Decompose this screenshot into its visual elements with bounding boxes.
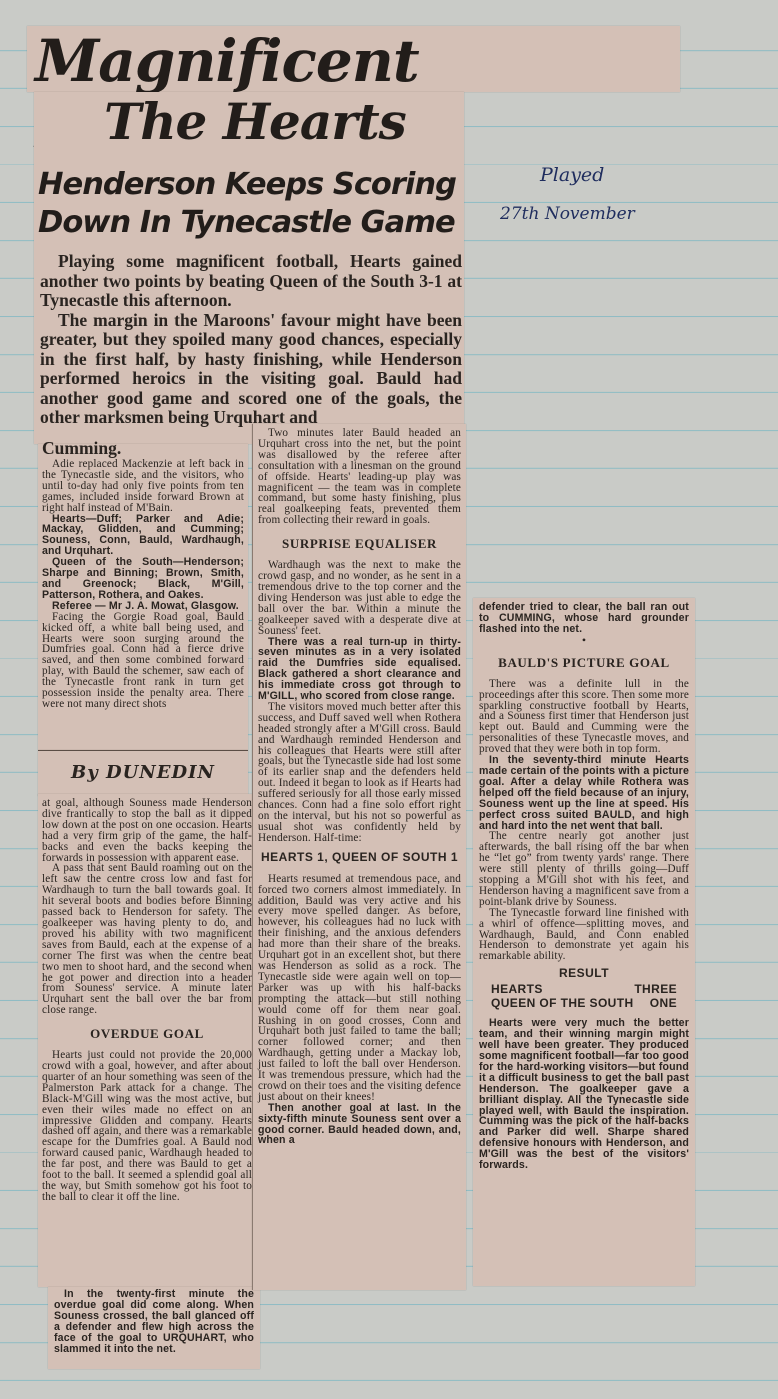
lead-paragraph: Playing some magnificent football, Heart…: [40, 252, 462, 311]
column1-continued: at goal, although Souness made Henderson…: [38, 794, 256, 1287]
byline-box: By DUNEDIN: [38, 750, 248, 796]
article-paragraph: The centre nearly got another just after…: [479, 831, 689, 907]
subheadline-line2: Down In Tynecastle Game: [38, 204, 456, 242]
article-paragraph: The Tynecastle forward line finished wit…: [479, 908, 689, 963]
subheadline: Henderson Keeps Scoring Down In Tynecast…: [38, 166, 456, 242]
column2: Two minutes later Bauld headed an Urquha…: [252, 424, 466, 1290]
handwritten-note-line1: Played: [540, 164, 604, 186]
lead-tail: Cumming.: [42, 441, 244, 455]
result-team: HEARTS: [491, 982, 543, 996]
article-paragraph: The visitors moved much better after thi…: [258, 702, 461, 844]
article-paragraph: Adie replaced Mackenzie at left back in …: [42, 459, 244, 514]
column3: defender tried to clear, the ball ran ou…: [473, 598, 695, 1286]
handwritten-note-line2: 27th November: [500, 204, 635, 224]
goal-paragraph: In the twenty-first minute the overdue g…: [54, 1289, 254, 1354]
article-paragraph: Facing the Gorgie Road goal, Bauld kicke…: [42, 612, 244, 710]
lineup-queen-of-the-south: Queen of the South—Henderson; Sharpe and…: [42, 557, 244, 601]
summary-paragraph: Hearts were very much the better team, a…: [479, 1018, 689, 1171]
article-paragraph: Wardhaugh was the next to make the crowd…: [258, 560, 461, 636]
headline-line2: The Hearts: [104, 96, 406, 148]
subheadline-line1: Henderson Keeps Scoring: [38, 166, 456, 204]
result-score: ONE: [650, 996, 677, 1010]
article-paragraph: There was a definite lull in the proceed…: [479, 679, 689, 755]
lead-paragraphs: Playing some magnificent football, Heart…: [40, 252, 462, 428]
article-paragraph: A pass that sent Bauld roaming out on th…: [42, 863, 252, 1016]
article-paragraph: defender tried to clear, the ball ran ou…: [479, 602, 689, 635]
subheading-overdue-goal: OVERDUE GOAL: [42, 1026, 252, 1042]
article-paragraph: In the seventy-third minute Hearts made …: [479, 755, 689, 831]
lead-clipping: The Hearts Henderson Keeps Scoring Down …: [34, 92, 464, 444]
article-paragraph: Hearts just could not provide the 20,000…: [42, 1050, 252, 1203]
subheading-surprise-equaliser: SURPRISE EQUALISER: [258, 536, 461, 552]
headline-clipping: Magnificent Display By: [27, 26, 680, 92]
lineup-hearts: Hearts—Duff; Parker and Adie; Mackay, Gl…: [42, 514, 244, 558]
column1-top: Cumming. Adie replaced Mackenzie at left…: [38, 444, 248, 750]
subheading-baulds-picture-goal: BAULD'S PICTURE GOAL: [479, 655, 689, 671]
article-paragraph: There was a real turn-up in thirty-seven…: [258, 637, 461, 702]
article-paragraph: Two minutes later Bauld headed an Urquha…: [258, 428, 461, 526]
byline: By DUNEDIN: [38, 751, 248, 795]
result-row: QUEEN OF THE SOUTH ONE: [479, 996, 689, 1010]
result-row: HEARTS THREE: [479, 982, 689, 996]
article-paragraph: Then another goal at last. In the sixty-…: [258, 1103, 461, 1147]
lead-paragraph: The margin in the Maroons' favour might …: [40, 311, 462, 428]
result-heading: RESULT: [479, 966, 689, 980]
halftime-score: HEARTS 1, QUEEN OF SOUTH 1: [258, 850, 461, 864]
article-paragraph: Hearts resumed at tremendous pace, and f…: [258, 874, 461, 1103]
article-paragraph: at goal, although Souness made Henderson…: [42, 798, 252, 863]
result-score: THREE: [634, 982, 677, 996]
column1-goal-clipping: In the twenty-first minute the overdue g…: [48, 1287, 260, 1369]
separator-dot: •: [479, 635, 689, 645]
result-team: QUEEN OF THE SOUTH: [491, 996, 634, 1010]
